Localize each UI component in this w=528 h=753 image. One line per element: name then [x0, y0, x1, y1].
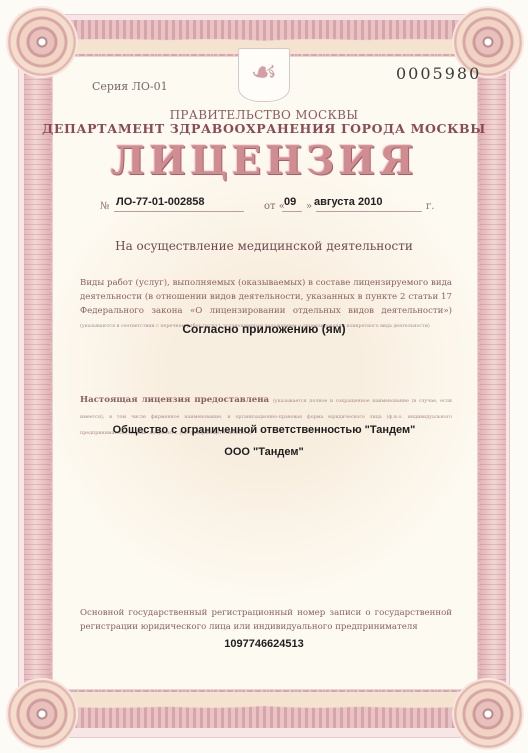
license-subject: На осуществление медицинской деятельност… — [0, 239, 528, 253]
issuer-department: ДЕПАРТАМЕНТ ЗДРАВООХРАНЕНИЯ ГОРОДА МОСКВ… — [0, 121, 528, 136]
licensee-short-name: ООО "Тандем" — [0, 446, 528, 458]
date-quote-close: » — [306, 201, 312, 212]
licensee-full-name: Общество с ограниченной ответственностью… — [0, 424, 528, 436]
double-headed-eagle-icon: ☙ — [239, 53, 289, 93]
serial-number: 0005980 — [396, 64, 481, 83]
license-document: ☙ Серия ЛО-01 0005980 ПРАВИТЕЛЬСТВО МОСК… — [0, 0, 528, 753]
month-underline — [316, 211, 422, 212]
works-label: Виды работ (услуг), выполняемых (оказыва… — [80, 278, 452, 316]
rosette-bottom-left-icon — [8, 680, 76, 748]
granted-label: Настоящая лицензия предоставлена — [80, 395, 269, 405]
license-number: ЛО-77-01-002858 — [116, 196, 204, 208]
ornament-bottom-border — [60, 690, 468, 728]
number-underline — [114, 211, 244, 212]
series-label: Серия ЛО-01 — [92, 80, 168, 93]
ogrn-label: Основной государственный регистрационный… — [80, 606, 452, 634]
license-number-row: № ЛО-77-01-002858 от « 09 » августа 2010… — [100, 196, 440, 214]
number-sign: № — [100, 201, 109, 212]
works-value: Согласно приложению (ям) — [0, 322, 528, 336]
coat-of-arms-shield: ☙ — [238, 48, 290, 102]
issuer-government: ПРАВИТЕЛЬСТВО МОСКВЫ — [0, 108, 528, 122]
document-title: ЛИЦЕНЗИЯ — [0, 138, 528, 184]
date-month-year: августа 2010 — [314, 196, 382, 208]
rosette-top-left-icon — [8, 8, 76, 76]
date-day: 09 — [284, 196, 296, 208]
ogrn-value: 1097746624513 — [0, 638, 528, 650]
date-year-suffix: г. — [426, 201, 434, 212]
day-underline — [282, 211, 302, 212]
rosette-bottom-right-icon — [454, 680, 522, 748]
